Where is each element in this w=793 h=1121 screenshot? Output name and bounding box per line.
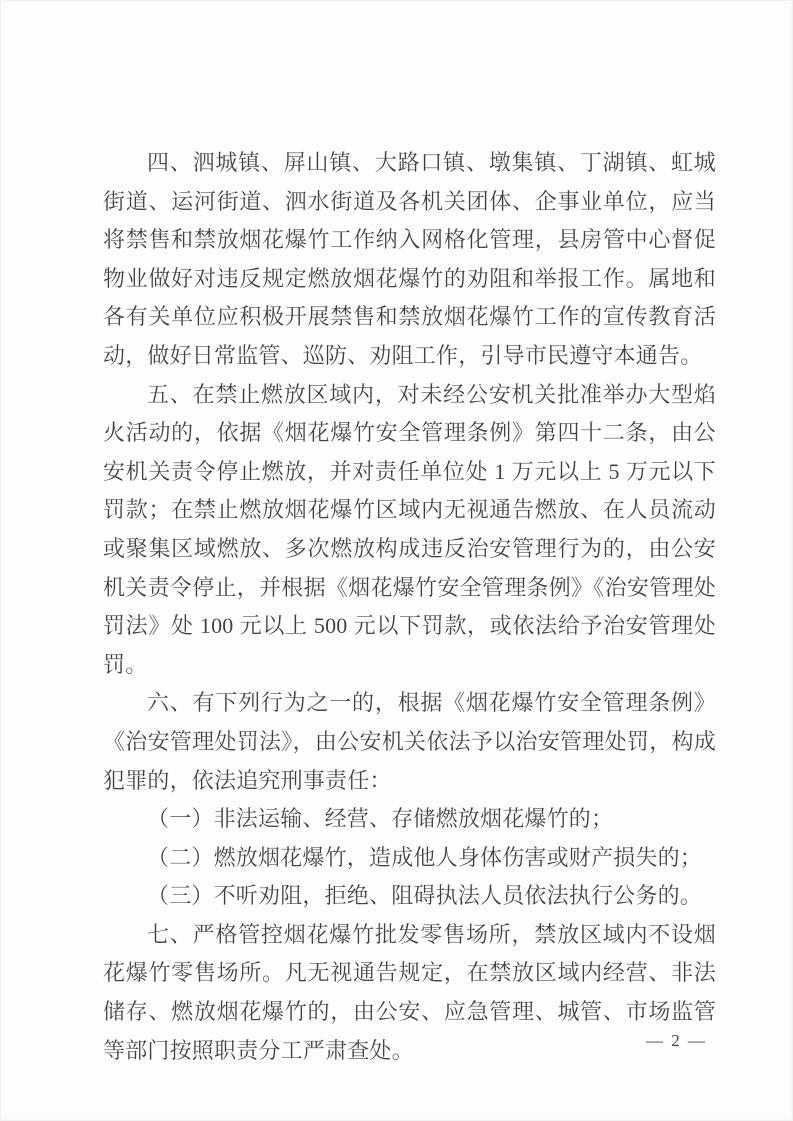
- paragraph-section-6-item-3: （三）不听劝阻，拒绝、阻碍执法人员依法执行公务的。: [103, 877, 716, 916]
- paragraph-section-6-intro: 六、有下列行为之一的，根据《烟花爆竹安全管理条例》《治安管理处罚法》，由公安机关…: [103, 684, 716, 800]
- scanned-document-page: 四、泗城镇、屏山镇、大路口镇、墩集镇、丁湖镇、虹城街道、运河街道、泗水街道及各机…: [0, 0, 793, 1121]
- paragraph-section-5: 五、在禁止燃放区域内，对未经公安机关批准举办大型焰火活动的，依据《烟花爆竹安全管…: [103, 376, 716, 685]
- paragraph-section-7: 七、严格管控烟花爆竹批发零售场所，禁放区域内不设烟花爆竹零售场所。凡无视通告规定…: [103, 916, 716, 1070]
- paragraph-section-4: 四、泗城镇、屏山镇、大路口镇、墩集镇、丁湖镇、虹城街道、运河街道、泗水街道及各机…: [103, 144, 716, 376]
- paragraph-section-6-item-1: （一）非法运输、经营、存储燃放烟花爆竹的；: [103, 800, 716, 839]
- paragraph-section-6-item-2: （二）燃放烟花爆竹，造成他人身体伤害或财产损失的；: [103, 839, 716, 878]
- document-body: 四、泗城镇、屏山镇、大路口镇、墩集镇、丁湖镇、虹城街道、运河街道、泗水街道及各机…: [103, 144, 716, 1070]
- page-number: — 2 —: [646, 1031, 707, 1051]
